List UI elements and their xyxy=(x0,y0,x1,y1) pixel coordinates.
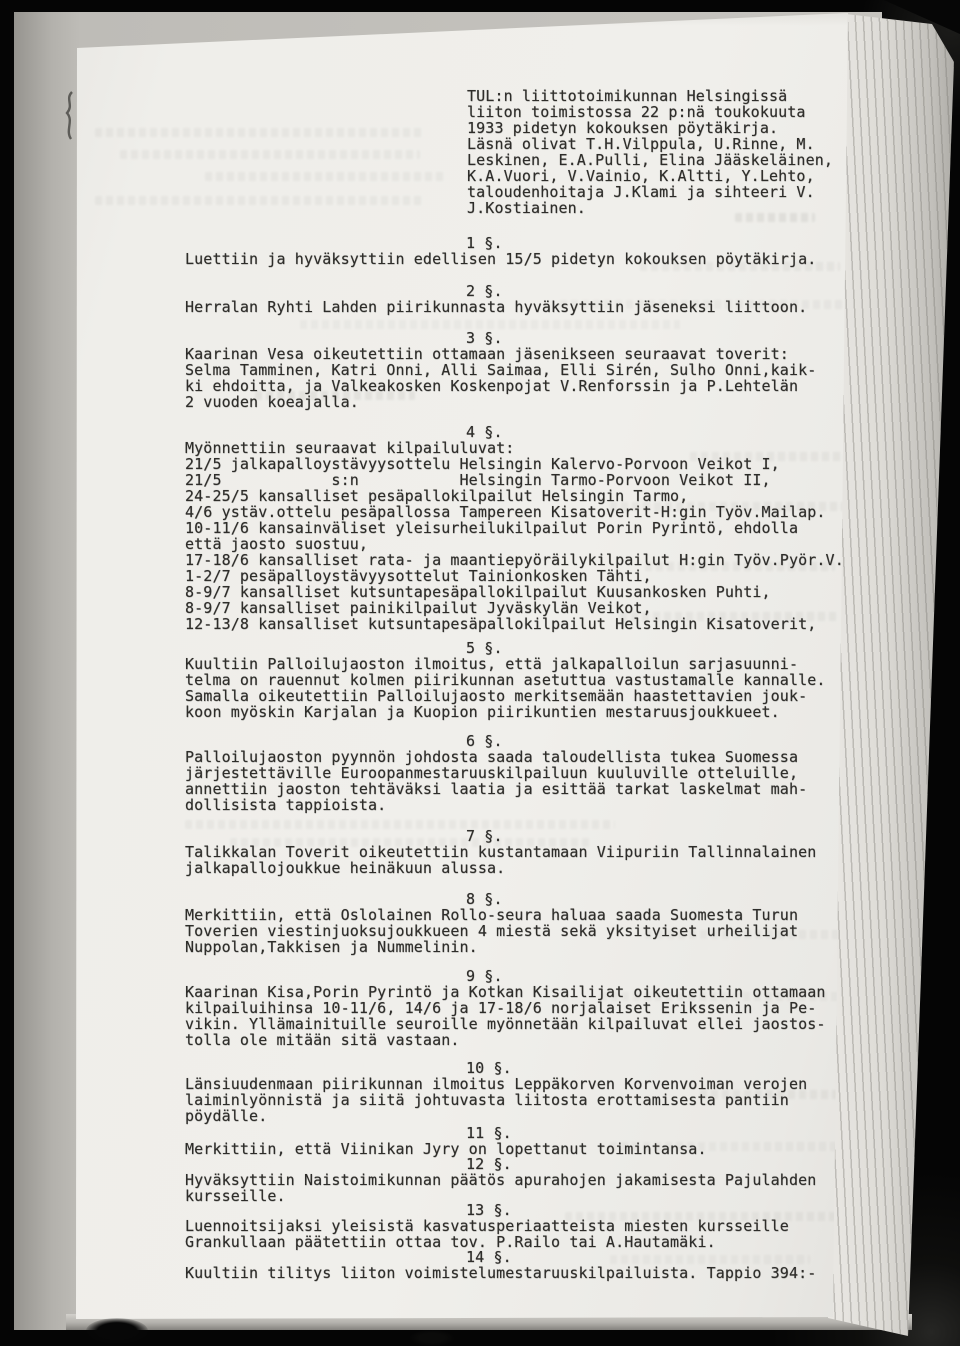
binding-clip-shadow xyxy=(410,1330,454,1346)
section-body: Myönnettiin seuraavat kilpailuluvat: 21/… xyxy=(185,440,844,632)
section-body: Merkittiin, että Oslolainen Rollo-seura … xyxy=(185,907,798,955)
section-marker: 7 §. xyxy=(185,828,816,844)
section-marker: 3 §. xyxy=(185,330,816,346)
section-body: Kuultiin tilitys liiton voimistelumestar… xyxy=(185,1265,816,1281)
section-marker: 2 §. xyxy=(185,283,807,299)
section-marker: 1 §. xyxy=(185,235,816,251)
section-marker: 5 §. xyxy=(185,640,826,656)
section-8: 8 §. Merkittiin, että Oslolainen Rollo-s… xyxy=(185,891,798,955)
section-body: Luennoitsijaksi yleisistä kasvatusperiaa… xyxy=(185,1218,789,1250)
section-marker: 8 §. xyxy=(185,891,798,907)
section-14: 14 §. Kuultiin tilitys liiton voimistelu… xyxy=(185,1249,816,1281)
section-12: 12 §. Hyväksyttiin Naistoimikunnan päätö… xyxy=(185,1156,816,1204)
document-page: TUL:n liittotoimikunnan Helsingissä liit… xyxy=(0,0,960,1346)
section-marker: 14 §. xyxy=(185,1249,816,1265)
scanned-minutes-photo: TUL:n liittotoimikunnan Helsingissä liit… xyxy=(0,0,960,1346)
section-2: 2 §. Herralan Ryhti Lahden piirikunnasta… xyxy=(185,283,807,315)
section-10: 10 §. Länsiuudenmaan piirikunnan ilmoitu… xyxy=(185,1060,807,1124)
section-marker: 10 §. xyxy=(185,1060,807,1076)
section-marker: 9 §. xyxy=(185,968,826,984)
section-5: 5 §. Kuultiin Palloilujaoston ilmoitus, … xyxy=(185,640,826,720)
section-13: 13 §. Luennoitsijaksi yleisistä kasvatus… xyxy=(185,1202,789,1250)
section-body: Talikkalan Toverit oikeutettiin kustanta… xyxy=(185,844,816,876)
section-body: Hyväksyttiin Naistoimikunnan päätös apur… xyxy=(185,1172,816,1204)
section-marker: 13 §. xyxy=(185,1202,789,1218)
section-body: Länsiuudenmaan piirikunnan ilmoitus Lepp… xyxy=(185,1076,807,1124)
section-marker: 11 §. xyxy=(185,1125,707,1141)
section-marker: 4 §. xyxy=(185,424,844,440)
section-body: Luettiin ja hyväksyttiin edellisen 15/5 … xyxy=(185,251,816,267)
binding-thread-mark xyxy=(62,90,78,142)
section-1: 1 §. Luettiin ja hyväksyttiin edellisen … xyxy=(185,235,816,267)
section-body: Merkittiin, että Viinikan Jyry on lopett… xyxy=(185,1141,707,1157)
section-marker: 6 §. xyxy=(185,733,807,749)
section-body: Kaarinan Vesa oikeutettiin ottamaan jäse… xyxy=(185,346,816,410)
section-marker: 12 §. xyxy=(185,1156,816,1172)
typewritten-text-layer: TUL:n liittotoimikunnan Helsingissä liit… xyxy=(0,0,960,1346)
section-body: Kuultiin Palloilujaoston ilmoitus, että … xyxy=(185,656,826,720)
document-header: TUL:n liittotoimikunnan Helsingissä liit… xyxy=(467,88,833,216)
section-11: 11 §. Merkittiin, että Viinikan Jyry on … xyxy=(185,1125,707,1157)
section-9: 9 §. Kaarinan Kisa,Porin Pyrintö ja Kotk… xyxy=(185,968,826,1048)
section-body: Kaarinan Kisa,Porin Pyrintö ja Kotkan Ki… xyxy=(185,984,826,1048)
section-6: 6 §. Palloilujaoston pyynnön johdosta sa… xyxy=(185,733,807,813)
section-body: Herralan Ryhti Lahden piirikunnasta hyvä… xyxy=(185,299,807,315)
section-7: 7 §. Talikkalan Toverit oikeutettiin kus… xyxy=(185,828,816,876)
section-4: 4 §. Myönnettiin seuraavat kilpailuluvat… xyxy=(185,424,844,632)
section-body: Palloilujaoston pyynnön johdosta saada t… xyxy=(185,749,807,813)
binding-clip-shadow xyxy=(86,1318,148,1344)
section-3: 3 §. Kaarinan Vesa oikeutettiin ottamaan… xyxy=(185,330,816,410)
